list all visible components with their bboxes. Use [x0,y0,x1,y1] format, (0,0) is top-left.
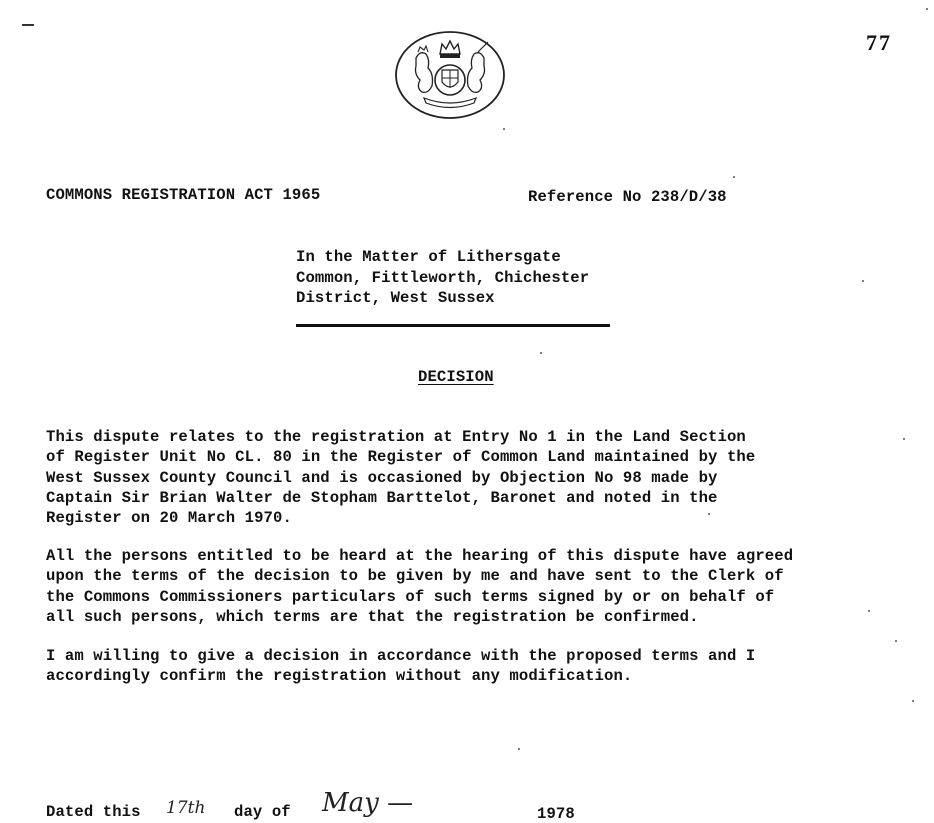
paragraph-line: upon the terms of the decision to be giv… [46,566,793,586]
dated-year: 1978 [537,805,575,823]
paragraph-line: All the persons entitled to be heard at … [46,546,793,566]
scan-speck [708,513,710,515]
scan-speck [868,610,870,612]
scan-speck [912,700,914,702]
paragraph-line: accordingly confirm the registration wit… [46,666,755,686]
paragraph-line: Captain Sir Brian Walter de Stopham Bart… [46,488,755,508]
act-title: COMMONS REGISTRATION ACT 1965 [46,186,320,204]
matter-line: In the Matter of Lithersgate [296,247,589,268]
page-number: 77 [866,30,892,56]
paragraph-line: West Sussex County Council and is occasi… [46,468,755,488]
scan-speck [733,176,735,178]
royal-crest-icon [394,30,506,120]
reference-number: Reference No 238/D/38 [528,188,727,206]
paragraph-dispute: This dispute relates to the registration… [46,427,755,528]
scan-speck [895,640,897,642]
paragraph-line: Register on 20 March 1970. [46,508,755,528]
matter-line: Common, Fittleworth, Chichester [296,268,589,289]
matter-line: District, West Sussex [296,288,589,309]
paragraph-line: all such persons, which terms are that t… [46,607,793,627]
paragraph-line: of Register Unit No CL. 80 in the Regist… [46,447,755,467]
scan-speck [926,8,928,10]
handwritten-day: 17th [166,798,205,818]
scan-speck [862,280,864,282]
dated-prefix: Dated this [46,803,141,821]
paragraph-confirmation: I am willing to give a decision in accor… [46,646,755,687]
dated-middle: day of [234,803,291,821]
paragraph-agreement: All the persons entitled to be heard at … [46,546,793,627]
matter-block: In the Matter of LithersgateCommon, Fitt… [296,247,589,309]
scan-speck [540,352,542,354]
scan-speck [503,128,505,130]
handwritten-month: May — [322,788,413,818]
paragraph-line: I am willing to give a decision in accor… [46,646,755,666]
paragraph-line: the Commons Commissioners particulars of… [46,587,793,607]
decision-heading: DECISION [418,368,494,386]
paragraph-line: This dispute relates to the registration… [46,427,755,447]
margin-mark [22,24,34,26]
scan-speck [903,438,905,440]
scan-speck [518,748,520,750]
separator-rule [296,324,610,327]
